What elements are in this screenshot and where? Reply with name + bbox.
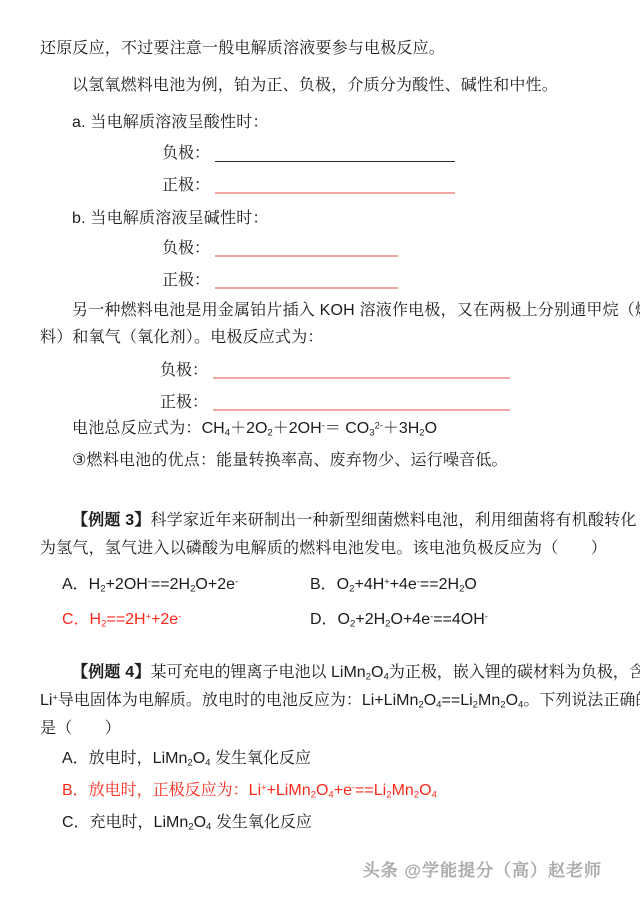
methane-positive-row: 正极： (160, 391, 510, 415)
base-negative-row: 负极： (162, 237, 398, 261)
example-4-option-a: A．放电时，LiMn2O4 发生氧化反应 (62, 748, 311, 770)
total-reaction-label: 电池总反应式为： (72, 420, 202, 437)
negative-electrode-label: 负极： (162, 240, 210, 257)
text-methane-line2: 料）和氧气（氧化剂）。电极反应式为： (40, 327, 324, 349)
example-4-heading: 【例题 4】 (72, 664, 151, 681)
example-3-option-b: B．O2+4H++4e-==2H2O (310, 574, 477, 596)
example-3-option-d: D．O2+2H2O+4e-==4OH- (310, 609, 488, 631)
watermark: 头条 @学能提分（高）赵老师 (363, 856, 602, 881)
example-4-stem-2: Li+导电固体为电解质。放电时的电池反应为：Li+LiMn2O4==Li2Mn2… (40, 690, 640, 712)
base-positive-row: 正极： (162, 269, 398, 293)
answer-blank-line (213, 395, 510, 411)
example-4-stem-1: 【例题 4】某可充电的锂离子电池以 LiMn2O4为正极，嵌入锂的碳材料为负极，… (72, 662, 640, 684)
text-h2o2-intro: 以氢氧燃料电池为例，铂为正、负极，介质分为酸性、碱性和中性。 (72, 75, 558, 97)
example-3-stem-1: 【例题 3】科学家近年来研制出一种新型细菌燃料电池，利用细菌将有机酸转化 (72, 510, 637, 532)
example-3-stem-text: 科学家近年来研制出一种新型细菌燃料电池，利用细菌将有机酸转化 (151, 512, 637, 529)
advantages-line: ③燃料电池的优点：能量转换率高、废弃物少、运行噪音低。 (72, 450, 508, 472)
positive-electrode-label: 正极： (160, 394, 208, 411)
answer-blank-line (215, 273, 398, 289)
text-methane-line1: 另一种燃料电池是用金属铂片插入 KOH 溶液作电极，又在两极上分别通甲烷（燃 (72, 300, 640, 322)
example-4-option-b: B．放电时，正极反应为：Li++LiMn2O4+e-==Li2Mn2O4 (62, 780, 437, 802)
positive-electrode-label: 正极： (162, 177, 210, 194)
answer-blank-line (215, 178, 455, 194)
answer-blank-line (215, 147, 455, 162)
total-reaction-formula: CH4＋2O2＋2OH-＝ CO32-＋3H2O (202, 420, 437, 437)
acid-negative-row: 负极： (162, 142, 455, 166)
example-4-stem-text: 某可充电的锂离子电池以 LiMn2O4为正极，嵌入锂的碳材料为负极，含 (151, 664, 640, 681)
example-3-heading: 【例题 3】 (72, 512, 151, 529)
methane-negative-row: 负极： (160, 359, 510, 383)
acid-positive-row: 正极： (162, 174, 455, 198)
total-reaction-line: 电池总反应式为：CH4＋2O2＋2OH-＝ CO32-＋3H2O (72, 418, 437, 440)
section-b-heading: b. 当电解质溶液呈碱性时： (72, 208, 269, 230)
answer-blank-line (213, 363, 510, 379)
example-3-option-a: A．H2+2OH-==2H2O+2e- (62, 574, 238, 596)
answer-blank-line (215, 241, 398, 257)
example-3-option-c: C．H2==2H++2e- (62, 609, 181, 631)
example-4-option-c: C．充电时，LiMn2O4 发生氧化反应 (62, 812, 312, 834)
example-4-stem-3: 是（ ） (40, 718, 121, 740)
section-a-heading: a. 当电解质溶液呈酸性时： (72, 112, 269, 134)
positive-electrode-label: 正极： (162, 272, 210, 289)
text-reduction: 还原反应，不过要注意一般电解质溶液要参与电极反应。 (40, 38, 445, 60)
example-3-stem-2: 为氢气，氢气进入以磷酸为电解质的燃料电池发电。该电池负极反应为（ ） (40, 538, 607, 560)
negative-electrode-label: 负极： (162, 145, 210, 162)
worksheet-page: 还原反应，不过要注意一般电解质溶液要参与电极反应。 以氢氧燃料电池为例，铂为正、… (0, 0, 640, 904)
negative-electrode-label: 负极： (160, 362, 208, 379)
